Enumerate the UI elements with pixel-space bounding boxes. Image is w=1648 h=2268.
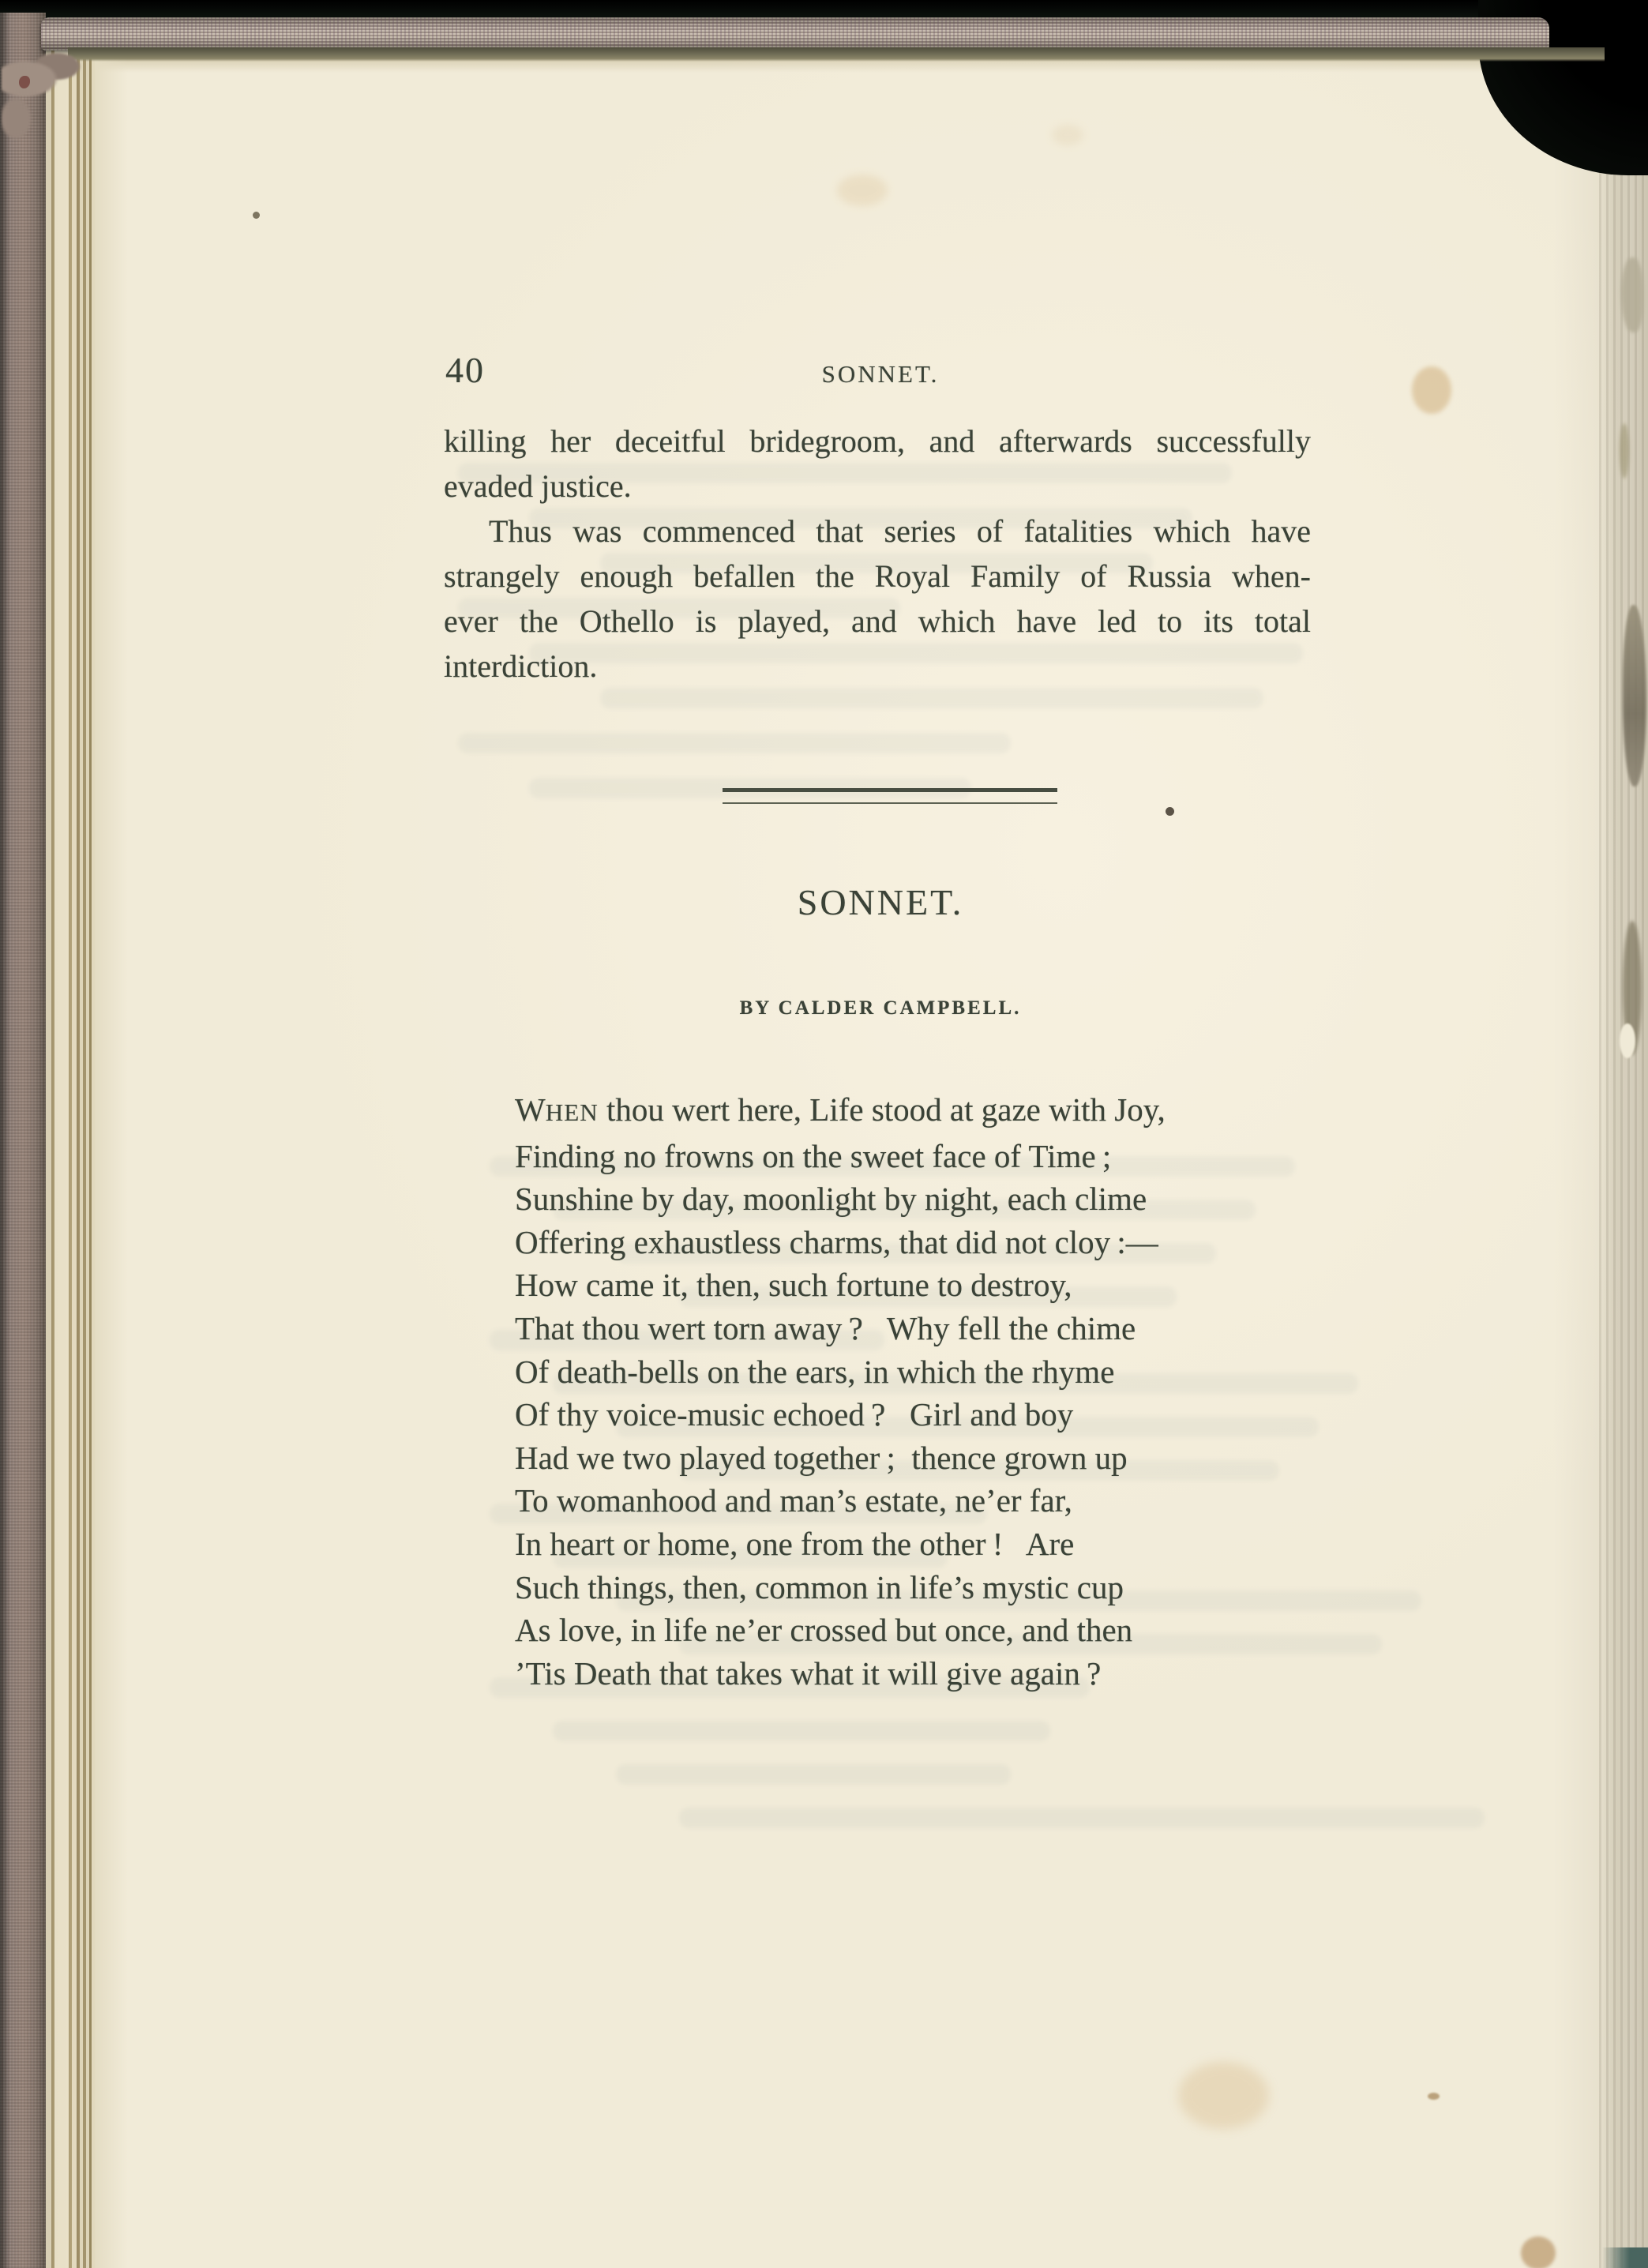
show-through-line bbox=[553, 1721, 1050, 1741]
poem-line: Offering exhaustless charms, that did no… bbox=[515, 1221, 1166, 1264]
text-line: Thus was commenced that series of fatali… bbox=[444, 509, 1311, 554]
poem-line: Had we two played together ; thence grow… bbox=[515, 1436, 1166, 1480]
text-line: evaded justice. bbox=[444, 464, 1311, 509]
poem-line: To womanhood and man’s estate, ne’er far… bbox=[515, 1479, 1166, 1523]
text-line: killing her deceitful bridegroom, and af… bbox=[444, 419, 1311, 464]
ink-speck bbox=[253, 212, 260, 219]
poem-line: ’Tis Death that takes what it will give … bbox=[515, 1652, 1166, 1695]
gutter-shadow-corner bbox=[1602, 2247, 1648, 2268]
foxing-stain bbox=[1521, 2236, 1556, 2268]
foxing-stain bbox=[837, 175, 888, 206]
body-paragraph: Thus was commenced that series of fatali… bbox=[444, 509, 1311, 689]
section-divider-rule bbox=[723, 788, 1057, 804]
poem-line: Finding no frowns on the sweet face of T… bbox=[515, 1135, 1166, 1178]
book-page: 40 SONNET. killing her deceitful bridegr… bbox=[95, 52, 1648, 2268]
show-through-line bbox=[600, 688, 1263, 708]
body-paragraph: killing her deceitful bridegroom, and af… bbox=[444, 419, 1311, 509]
foxing-stain bbox=[1178, 2062, 1269, 2129]
foxing-stain bbox=[1412, 366, 1451, 414]
running-head: SONNET. bbox=[762, 362, 999, 386]
poem-line: In heart or home, one from the other ! A… bbox=[515, 1523, 1166, 1566]
poem-line: As love, in life ne’er crossed but once,… bbox=[515, 1609, 1166, 1652]
poem-line: WHEN thou wert here, Life stood at gaze … bbox=[515, 1088, 1166, 1135]
poem-line: Of death-bells on the ears, in which the… bbox=[515, 1350, 1166, 1394]
show-through-line bbox=[458, 733, 1011, 753]
text-line: interdiction. bbox=[444, 644, 1311, 689]
page-gutter-edge bbox=[1599, 163, 1648, 2268]
poem-text: WHEN thou wert here, Life stood at gaze … bbox=[515, 1088, 1166, 1695]
show-through-line bbox=[679, 1808, 1485, 1828]
open-book-photo: 40 SONNET. killing her deceitful bridegr… bbox=[0, 0, 1648, 2268]
edge-damage-mark bbox=[1623, 605, 1646, 787]
foxing-stain bbox=[1428, 2093, 1440, 2100]
poem-byline: BY CALDER CAMPBELL. bbox=[723, 998, 1038, 1018]
ink-speck bbox=[1166, 807, 1174, 816]
poem-line: How came it, then, such fortune to destr… bbox=[515, 1264, 1166, 1307]
poem-line: Sunshine by day, moonlight by night, eac… bbox=[515, 1177, 1166, 1221]
edge-damage-mark bbox=[1620, 1023, 1635, 1058]
spine-cloth-binding bbox=[0, 13, 46, 2268]
poem-line: Of thy voice-music echoed ? Girl and boy bbox=[515, 1393, 1166, 1436]
book-headband bbox=[41, 17, 1549, 51]
headband-shadow-line bbox=[68, 47, 1605, 62]
edge-damage-mark bbox=[1621, 257, 1643, 332]
poem-title: SONNET. bbox=[723, 884, 1038, 921]
poem-line: That thou wert torn away ? Why fell the … bbox=[515, 1307, 1166, 1350]
text-line: ever the Othello is played, and which ha… bbox=[444, 599, 1311, 644]
page-number: 40 bbox=[445, 352, 485, 389]
foxing-stain bbox=[1052, 125, 1083, 145]
show-through-line bbox=[616, 1764, 1011, 1785]
poem-line: Such things, then, common in life’s myst… bbox=[515, 1566, 1166, 1609]
frayed-corner-threads bbox=[2, 47, 120, 166]
text-line: strangely enough befallen the Royal Fami… bbox=[444, 554, 1311, 599]
edge-damage-mark bbox=[1620, 423, 1629, 479]
